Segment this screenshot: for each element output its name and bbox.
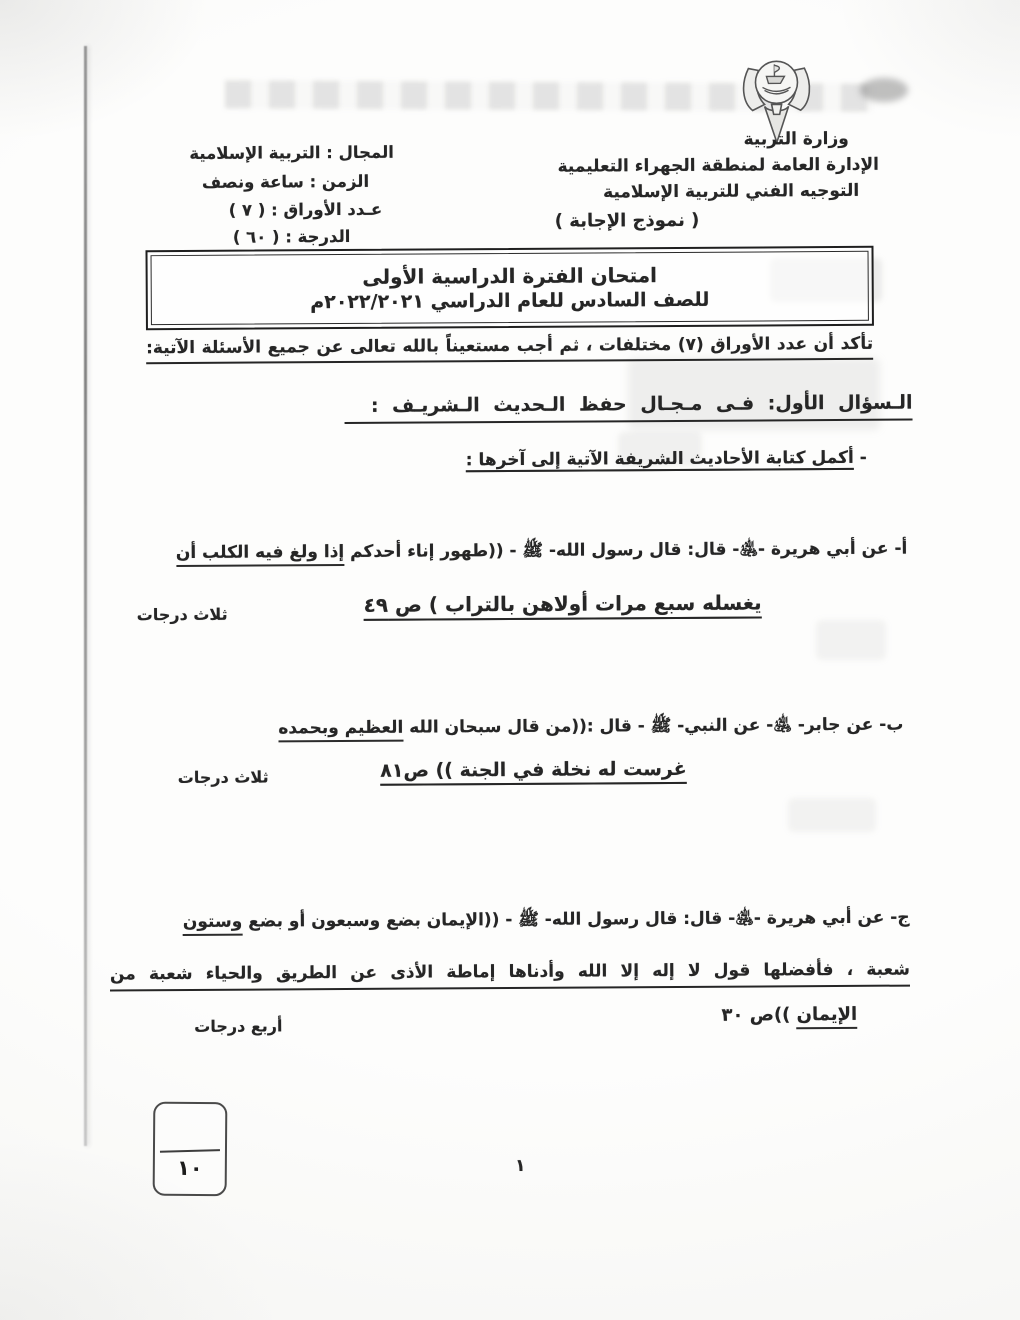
question1-heading: الـسؤال الأول: فـى مـجـال حفظ الـحديث ال…	[345, 392, 913, 424]
exam-title-line1: امتحان الفترة الدراسية الأولى	[362, 263, 657, 289]
page-number: ١	[515, 1156, 526, 1176]
info-subject: المجال : التربية الإسلامية	[189, 143, 394, 163]
sub-instruction-text: أكمل كتابة الأحاديث الشريفة الآتية إلى آ…	[466, 448, 854, 470]
item-a-marks: ثلاث درجات	[137, 605, 228, 625]
item-b-label: ب-	[879, 715, 903, 735]
hadith-item-b-line1: ب- عن جابر- ﵁- عن النبي- ﷺ - قال :((من ق…	[278, 714, 903, 743]
header-guidance: التوجيه الفني للتربية الإسلامية	[603, 181, 859, 203]
info-time: الزمن : ساعة ونصف	[202, 172, 369, 192]
hadith-item-a-answer: يغسله سبع مرات أولاهن بالتراب ) ص ٤٩	[364, 590, 762, 616]
hadith-item-c-line1: ج- عن أبي هريرة -﵁- قال: قال رسول الله- …	[183, 907, 910, 936]
bullet-dash: -	[860, 448, 867, 468]
header-ministry: وزارة التربية	[743, 129, 848, 150]
exam-title-line2: للصف السادس للعام الدراسي ٢٠٢٢/٢٠٢١م	[310, 289, 709, 313]
answer-model-label: ( نموذج الإجابة )	[555, 210, 700, 232]
header-administration: الإدارة العامة لمنطقة الجهراء التعليمية	[557, 155, 879, 177]
score-box-divider	[160, 1149, 220, 1153]
item-c-marks: أربع درجات	[194, 1016, 282, 1036]
hadith-item-c-line3: الإيمان ))ص ٣٠	[721, 1004, 857, 1026]
general-instruction: تأكد أن عدد الأوراق (٧) مختلفات ، ثم أجب…	[146, 334, 873, 364]
item-a-label: أ-	[894, 539, 907, 559]
hadith-item-b-answer: غرست له نخلة في الجنة )) ص٨١	[380, 758, 687, 782]
scanned-exam-page: وزارة التربية الإدارة العامة لمنطقة الجه…	[0, 0, 1020, 1320]
score-box: ١٠	[153, 1102, 228, 1197]
hadith-item-c-line2: شعبة ، فأفضلها قول لا إله إلا الله وأدنا…	[110, 960, 910, 992]
item-b-marks: ثلاث درجات	[178, 767, 269, 787]
question1-sub-instruction: - أكمل كتابة الأحاديث الشريفة الآتية إلى…	[466, 448, 867, 470]
item-c-label: ج-	[890, 908, 909, 928]
info-sheet-count: عـدد الأوراق : ( ٧ )	[229, 200, 383, 220]
exam-title-box: امتحان الفترة الدراسية الأولى للصف الساد…	[145, 246, 873, 330]
hadith-item-a-line1: أ- عن أبي هريرة -﵁- قال: قال رسول الله- …	[176, 538, 908, 567]
paper-content: وزارة التربية الإدارة العامة لمنطقة الجه…	[0, 0, 1020, 1320]
score-box-value: ١٠	[155, 1156, 225, 1181]
info-grade: الدرجة : ( ٦٠ )	[233, 227, 351, 247]
